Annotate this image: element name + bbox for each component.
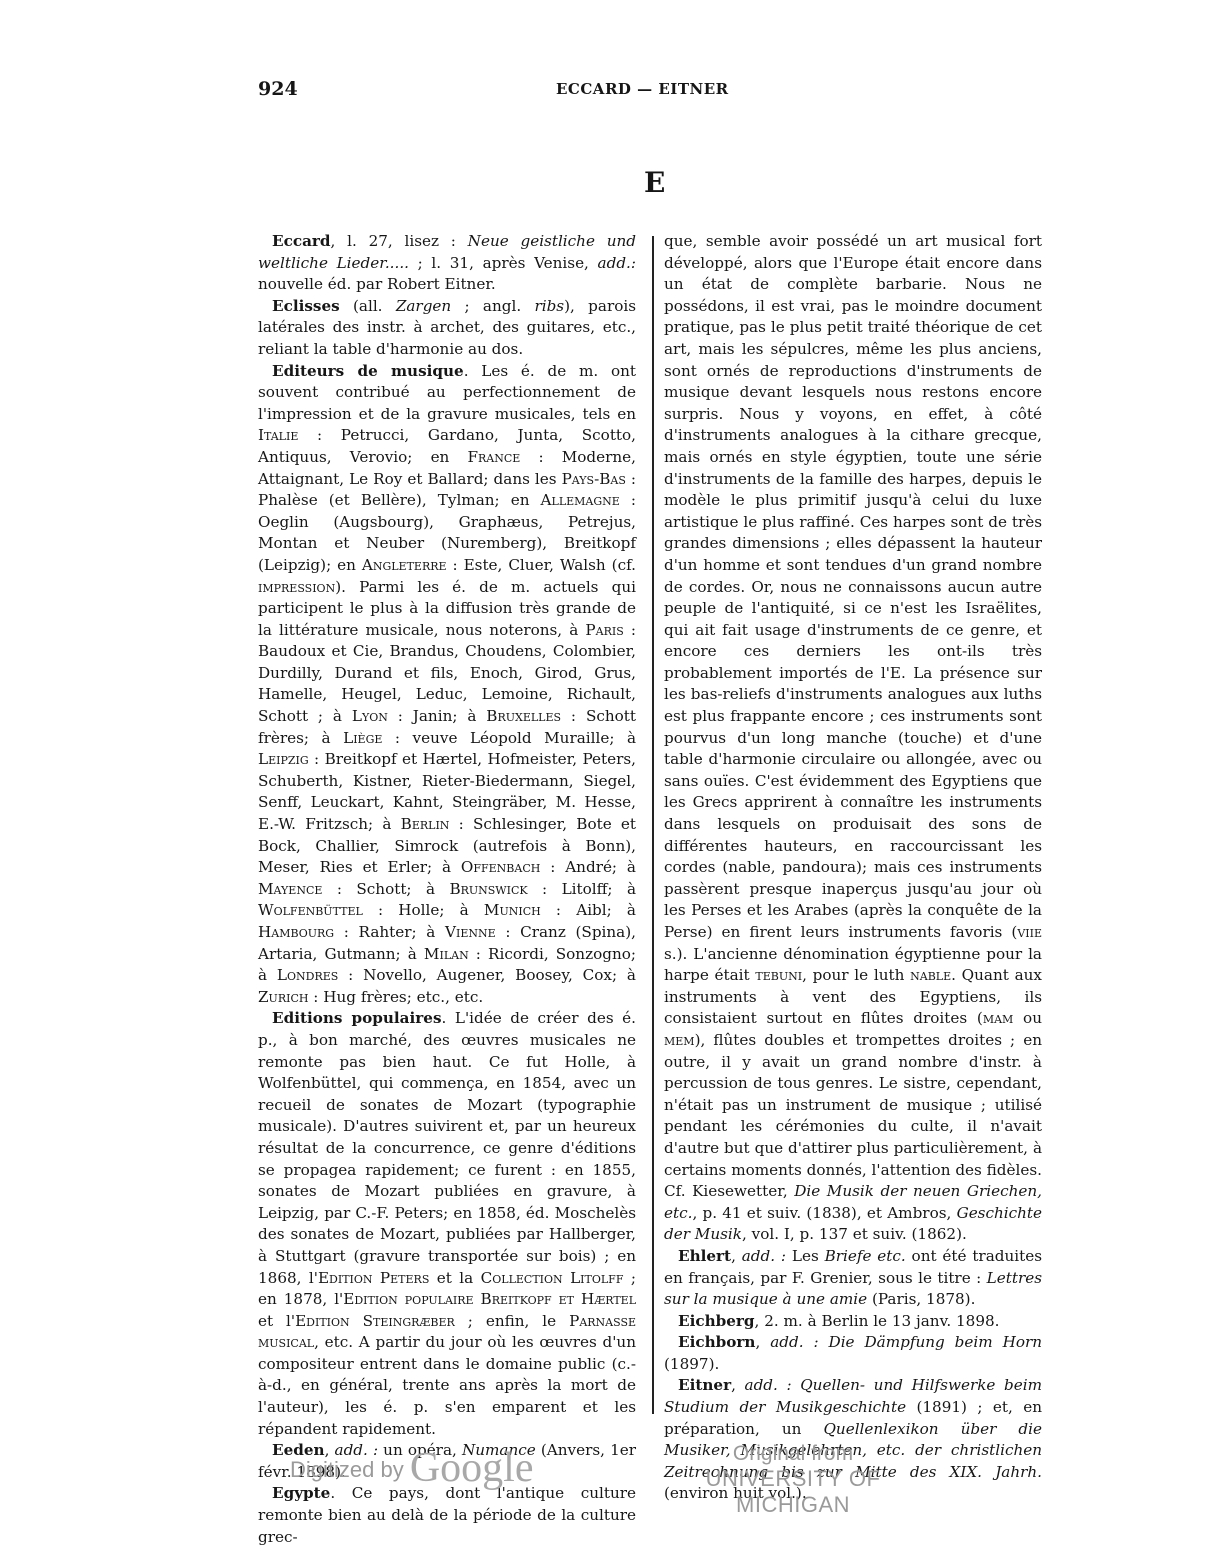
entry-smallcaps: Leipzig: [258, 750, 309, 768]
entry-text: ,: [731, 1247, 742, 1265]
entry-smallcaps: Lyon: [352, 707, 388, 725]
google-logo-text: Google: [410, 1445, 534, 1491]
entry-smallcaps: Edition Peters: [318, 1269, 429, 1287]
entry-smallcaps: Bruxelles: [486, 707, 561, 725]
entry-smallcaps: Zurich: [258, 988, 308, 1006]
entry-smallcaps: Munich: [484, 901, 541, 919]
entry-italic: add.:: [598, 254, 636, 272]
entry-text: : Janin; à: [388, 707, 486, 725]
entry-eichberg: Eichberg, 2. m. à Berlin le 13 janv. 189…: [664, 1311, 1042, 1333]
entry-smallcaps: Berlin: [401, 815, 450, 833]
entry-text: (Paris, 1878).: [867, 1290, 975, 1308]
digitization-footer: Digitized by Google Original from UNIVER…: [0, 1440, 1207, 1500]
entry-text: , pour le luth: [802, 966, 910, 984]
entry-text: et la: [429, 1269, 480, 1287]
entry-text: ), flûtes doubles et trompettes droites …: [664, 1031, 1042, 1200]
entry-smallcaps: Italie: [258, 426, 298, 444]
digitized-by-google-watermark: Digitized by Google: [290, 1444, 534, 1492]
entry-smallcaps: Edition populaire Breitkopf et Hærtel: [343, 1290, 636, 1308]
running-head: 924 ECCARD — EITNER: [258, 78, 1042, 108]
entry-italic: Zargen: [396, 297, 451, 315]
section-letter: E: [644, 166, 665, 199]
entry-eichborn: Eichborn, add. : Die Dämpfung beim Horn …: [664, 1332, 1042, 1375]
column-divider: [652, 236, 654, 1414]
entry-egypte-continued: que, semble avoir possédé un art musical…: [664, 231, 1042, 1246]
entry-text: et l': [258, 1312, 295, 1330]
entry-smallcaps: Hambourg: [258, 923, 334, 941]
entry-text: , p. 41 et suiv. (1838), et Ambros,: [692, 1204, 956, 1222]
entry-smallcaps: Wolfenbüttel: [258, 901, 363, 919]
entry-text: que, semble avoir possédé un art musical…: [664, 232, 1042, 941]
entry-text: ; enfin, le: [455, 1312, 569, 1330]
entry-text: nouvelle éd. par Robert Eitner.: [258, 275, 496, 293]
headword: Ehlert: [678, 1247, 731, 1265]
entry-italic: add. :: [742, 1247, 786, 1265]
entry-ehlert: Ehlert, add. : Les Briefe etc. ont été t…: [664, 1246, 1042, 1311]
headword: Eichberg: [678, 1312, 755, 1330]
entry-text: : veuve Léopold Muraille; à: [382, 729, 636, 747]
entry-text: : André; à: [540, 858, 636, 876]
institution-name: UNIVERSITY OF MICHIGAN: [668, 1466, 918, 1518]
entry-text: ; l. 31, après Venise,: [409, 254, 598, 272]
entry-smallcaps: Offenbach: [461, 858, 540, 876]
headword: Eichborn: [678, 1333, 755, 1351]
entry-smallcaps: impression: [258, 578, 335, 596]
entry-editions-populaires: Editions populaires. L'idée de créer des…: [258, 1008, 636, 1440]
entry-smallcaps: Milan: [424, 945, 469, 963]
left-column: Eccard, l. 27, lisez : Neue geistliche u…: [258, 231, 636, 1548]
entry-smallcaps: Liège: [343, 729, 382, 747]
entry-smallcaps: Allemagne: [541, 491, 620, 509]
entry-smallcaps: Collection Litolff: [481, 1269, 624, 1287]
entry-smallcaps: Mayence: [258, 880, 322, 898]
headword: Editeurs de musique: [272, 362, 464, 380]
entry-text: : Litolff; à: [528, 880, 636, 898]
entry-text: ou: [1013, 1009, 1042, 1027]
headword: Eitner: [678, 1376, 731, 1394]
entry-text: , etc. A partir du jour où les œuvres d'…: [258, 1333, 636, 1437]
original-from-watermark: Original from UNIVERSITY OF MICHIGAN: [668, 1442, 918, 1518]
entry-editeurs: Editeurs de musique. Les é. de m. ont so…: [258, 361, 636, 1009]
entry-smallcaps: Vienne: [445, 923, 496, 941]
entry-text: (1897).: [664, 1355, 719, 1373]
entry-text: ; angl.: [451, 297, 534, 315]
entry-text: : Hug frères; etc., etc.: [308, 988, 483, 1006]
entry-eclisses: Eclisses (all. Zargen ; angl. ribs), par…: [258, 296, 636, 361]
right-column: que, semble avoir possédé un art musical…: [664, 231, 1042, 1505]
entry-smallcaps: viie: [1017, 923, 1042, 941]
original-from-label: Original from: [668, 1442, 918, 1466]
entry-text: Les: [786, 1247, 825, 1265]
entry-smallcaps: tebuni: [755, 966, 802, 984]
entry-text: : Holle; à: [363, 901, 484, 919]
headword: Eccard: [272, 232, 331, 250]
page-number: 924: [258, 78, 298, 100]
headword: Eclisses: [272, 297, 340, 315]
entry-text: : Rahter; à: [334, 923, 445, 941]
entry-italic: add. : Die Dämpfung beim Horn: [770, 1333, 1042, 1351]
entry-text: ,: [731, 1376, 744, 1394]
entry-smallcaps: Paris: [585, 621, 623, 639]
entry-smallcaps: Brunswick: [449, 880, 527, 898]
entry-italic: ribs: [534, 297, 564, 315]
entry-text: , l. 27, lisez :: [331, 232, 468, 250]
entry-smallcaps: nable: [910, 966, 951, 984]
entry-smallcaps: mem: [664, 1031, 695, 1049]
entry-text: . L'idée de créer des é. p., à bon march…: [258, 1009, 636, 1286]
entry-text: ,: [755, 1333, 770, 1351]
entry-smallcaps: France: [467, 448, 520, 466]
digitized-prefix: Digitized by: [290, 1457, 404, 1482]
entry-smallcaps: Angleterre: [362, 556, 447, 574]
headword: Editions populaires: [272, 1009, 442, 1027]
entry-smallcaps: Pays-Bas: [562, 470, 626, 488]
entry-eccard: Eccard, l. 27, lisez : Neue geistliche u…: [258, 231, 636, 296]
entry-text: : Aibl; à: [541, 901, 636, 919]
entry-smallcaps: mam: [983, 1009, 1013, 1027]
entry-text: : Schott; à: [322, 880, 449, 898]
running-title: ECCARD — EITNER: [556, 80, 729, 98]
entry-smallcaps: Londres: [277, 966, 338, 984]
entry-text: , 2. m. à Berlin le 13 janv. 1898.: [755, 1312, 1000, 1330]
entry-italic: Briefe etc.: [825, 1247, 906, 1265]
entry-text: , vol. I, p. 137 et suiv. (1862).: [742, 1225, 967, 1243]
entry-text: : Novello, Augener, Boosey, Cox; à: [338, 966, 636, 984]
entry-text: (all.: [340, 297, 396, 315]
entry-smallcaps: Edition Steingræber: [295, 1312, 455, 1330]
entry-text: : Este, Cluer, Walsh (cf.: [447, 556, 636, 574]
